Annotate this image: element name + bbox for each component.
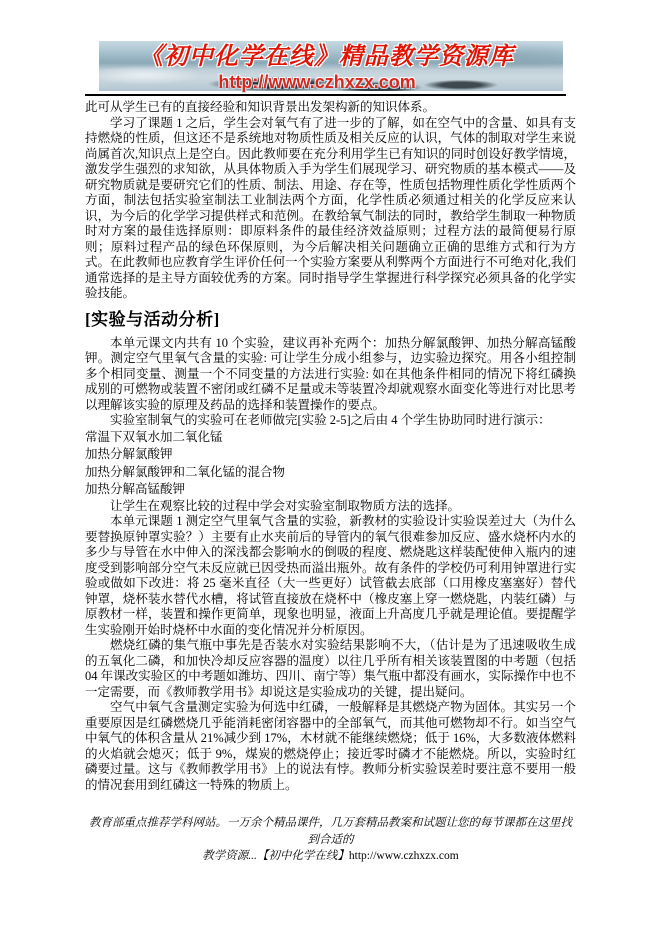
list-item-potassium-permanganate: 加热分解高锰酸钾 [85, 481, 576, 499]
document-page: 《初中化学在线》精品教学资源库 http://www.czhxzx.com 此可… [0, 0, 661, 865]
page-footer: 教育部重点推荐学科网站。一万余个精品课件，几万套精品教案和试题让您的每节课都在这… [85, 815, 576, 865]
paragraph-observe-compare: 让学生在观察比较的过程中学会对实验室制取物质方法的选择。 [85, 499, 576, 515]
footer-slogan-line2: 教学资源...【初中化学在线】http://www.czhxzx.com [85, 848, 576, 865]
footer-slogan-line1: 教育部重点推荐学科网站。一万余个精品课件，几万套精品教案和试题让您的每节课都在这… [85, 815, 576, 848]
demo-experiment-list: 常温下双氧水加二氧化锰 加热分解氯酸钾 加热分解氯酸钾和二氧化锰的混合物 加热分… [85, 429, 576, 499]
banner-site-url-link[interactable]: http://www.czhxzx.com [218, 73, 415, 91]
header-divider-rule [85, 94, 566, 96]
site-banner-image: 《初中化学在线》精品教学资源库 http://www.czhxzx.com [99, 41, 563, 91]
footer-slogan-line2-text: 教学资源...【初中化学在线】 [202, 850, 349, 862]
paragraph-unit-overview: 学习了课题 1 之后，学生会对氧气有了进一步的了解，如在空气中的含量、如具有支持… [85, 116, 576, 302]
paragraph-apparatus-improvement: 本单元课题 1 测定空气里氧气含量的实验，新教材的实验设计实验误差过大（为什么要… [85, 514, 576, 638]
list-item-potassium-chlorate: 加热分解氯酸钾 [85, 446, 576, 464]
paragraph-demo-intro: 实验室制氧气的实验可在老师做完[实验 2-5]之后由 4 个学生协助同时进行演示… [85, 413, 576, 429]
footer-site-url-link[interactable]: http://www.czhxzx.com [349, 850, 459, 862]
list-item-chlorate-mno2-mixture: 加热分解氯酸钾和二氧化锰的混合物 [85, 464, 576, 482]
paragraph-water-in-bottle: 燃烧红磷的集气瓶中事先是否装水对实验结果影响不大，（估计是为了迅速吸收生成的五氧… [85, 638, 576, 700]
banner-site-title: 《初中化学在线》精品教学资源库 [139, 45, 514, 69]
paragraph-intro-continuation: 此可从学生已有的直接经验和知识背景出发架构新的知识体系。 [85, 100, 576, 116]
list-item-hydrogen-peroxide: 常温下双氧水加二氧化锰 [85, 429, 576, 447]
paragraph-experiment-count: 本单元课文内共有 10 个实验，建议再补充两个：加热分解氯酸钾、加热分解高锰酸钾… [85, 336, 576, 414]
document-body: 此可从学生已有的直接经验和知识背景出发架构新的知识体系。 学习了课题 1 之后，… [85, 100, 576, 793]
paragraph-red-phosphorus-reason: 空气中氧气含量测定实验为何选中红磷，一般解释是其燃烧产物为固体。其实另一个重要原… [85, 700, 576, 793]
section-heading-experiment-analysis: [实验与活动分析] [85, 309, 576, 331]
